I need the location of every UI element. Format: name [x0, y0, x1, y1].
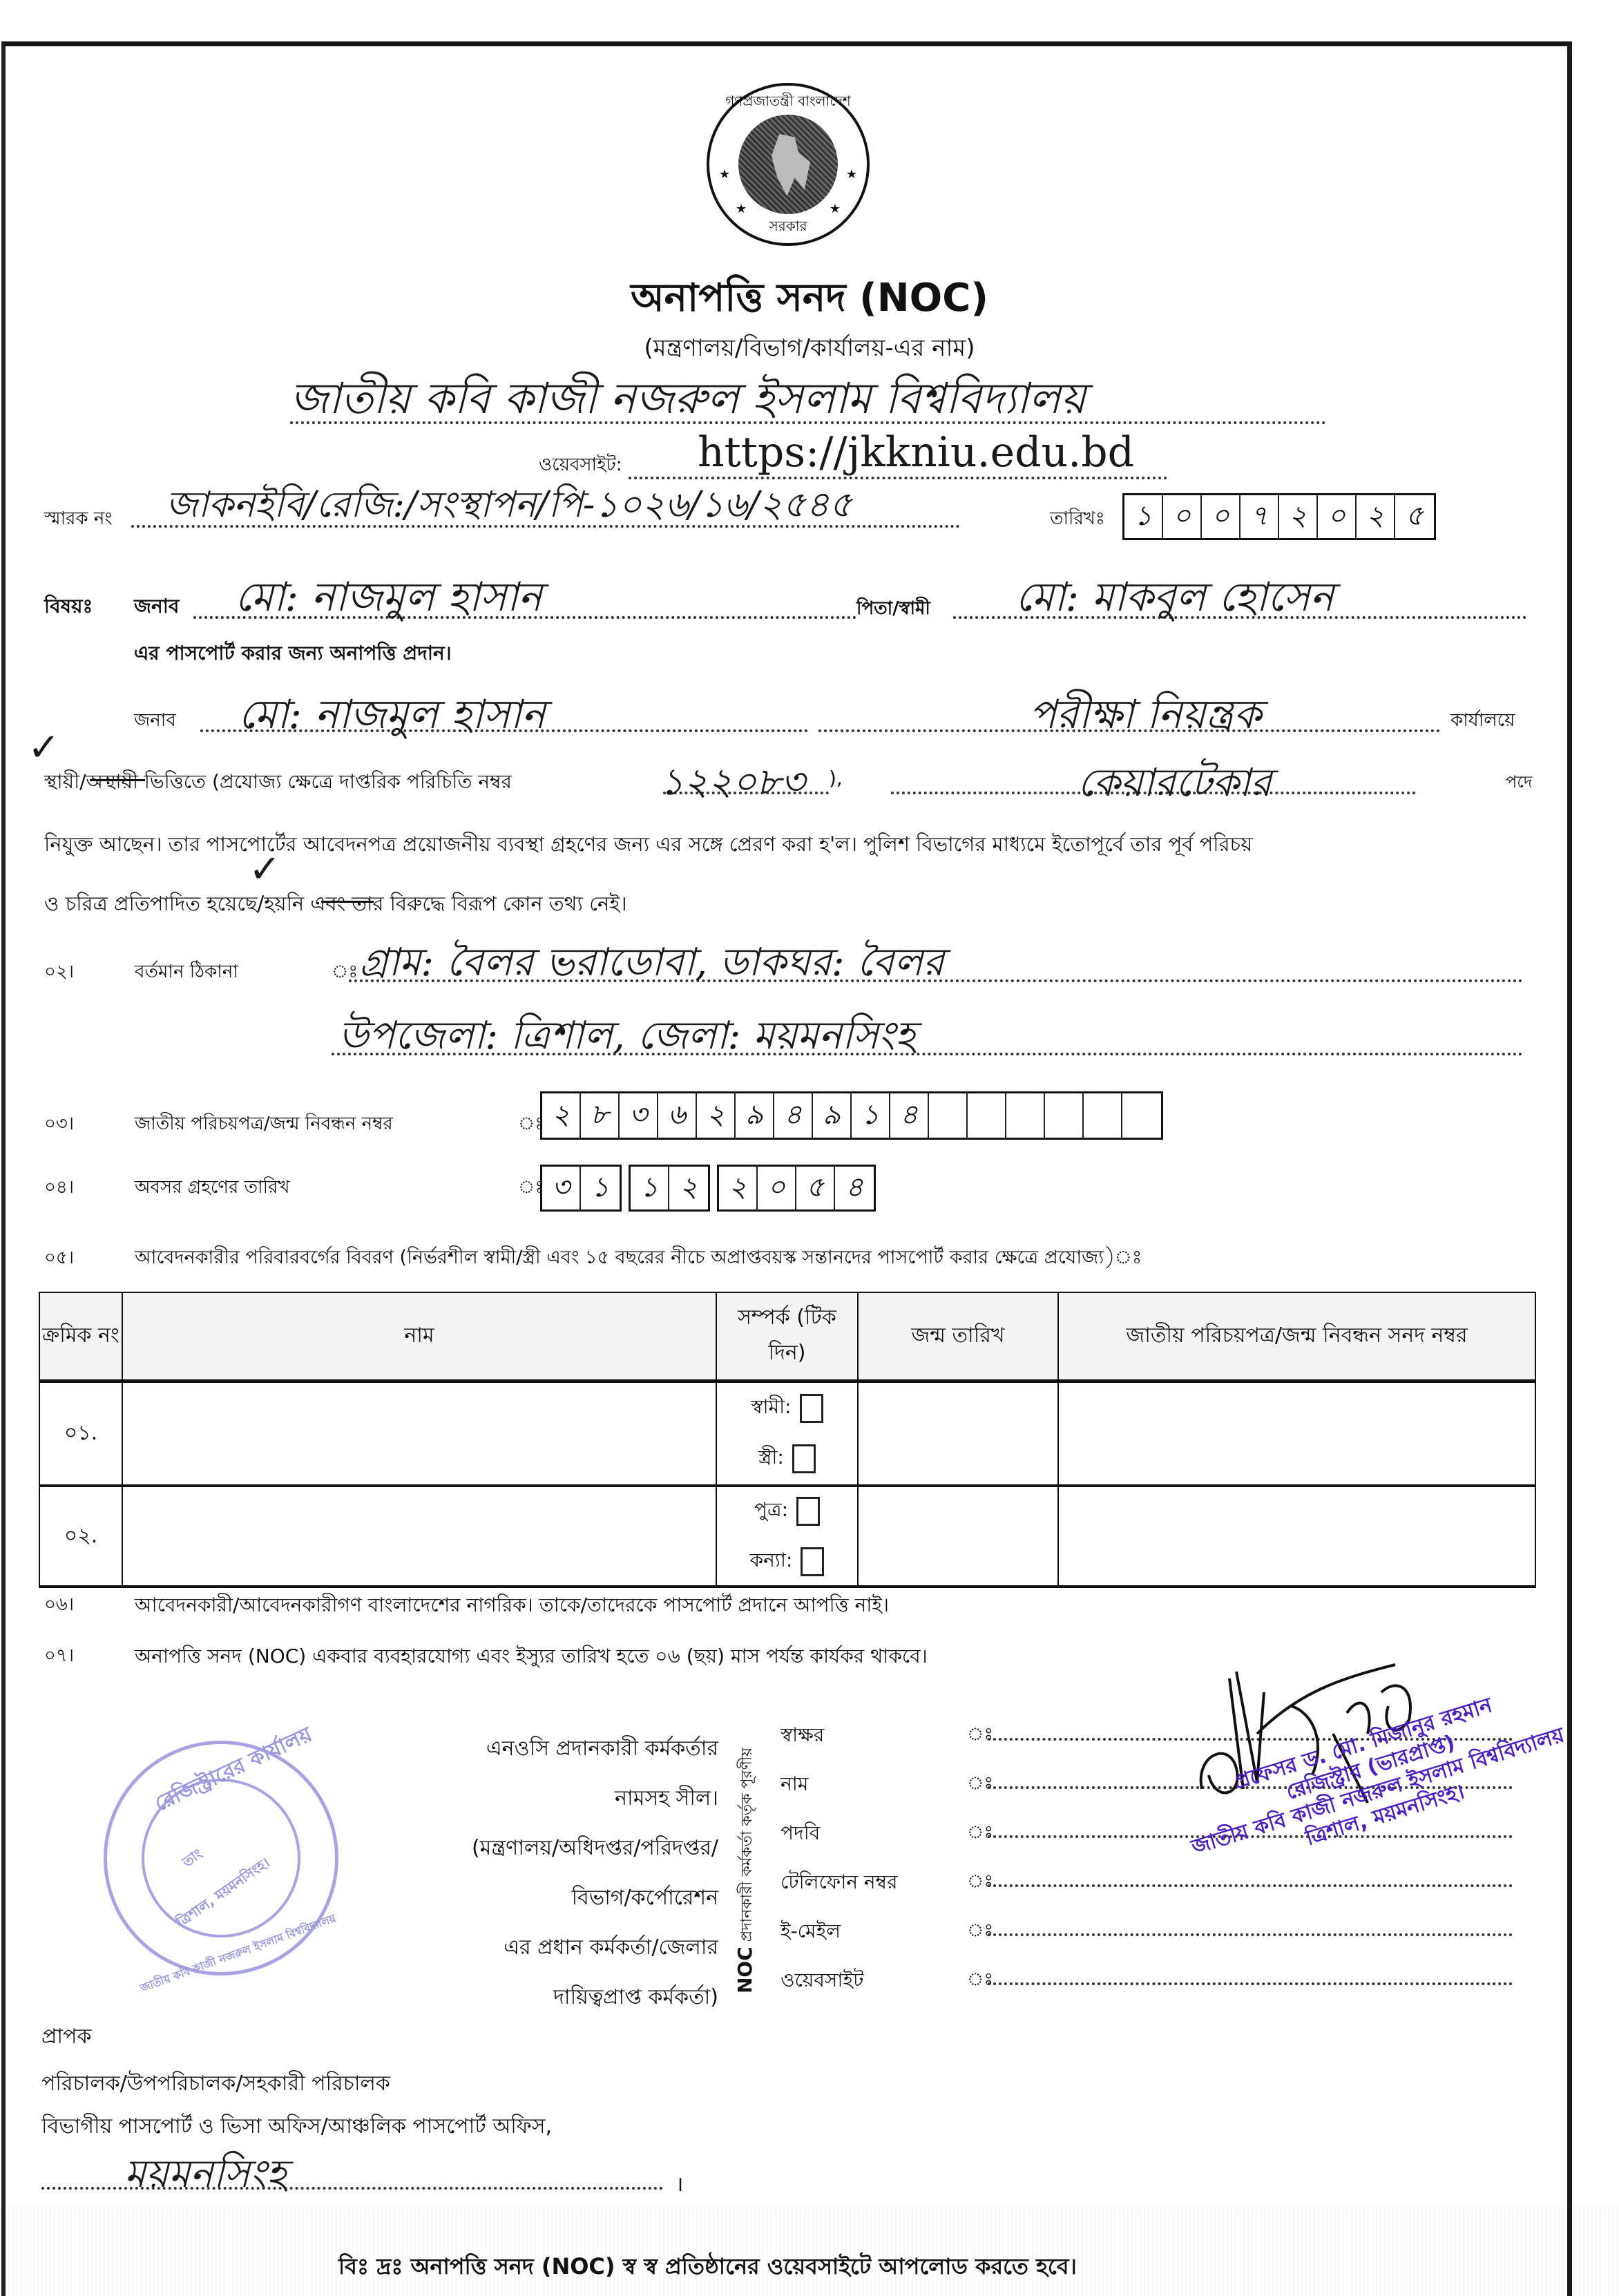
nid-boxes: ২ ৮ ৩ ৬ ২ ৯ ৪ ৯ ১ ৪: [540, 1091, 1163, 1140]
col-dob: জন্ম তারিখ: [858, 1292, 1058, 1381]
item-04-number: ০৪।: [44, 1173, 74, 1203]
vertical-label-noc: NOC: [734, 1946, 756, 1993]
relation-checkbox[interactable]: [796, 1497, 820, 1526]
relation-checkbox[interactable]: [801, 1547, 824, 1576]
phone-field[interactable]: [988, 1884, 1513, 1887]
field-designation-label: পদবি: [780, 1808, 898, 1857]
emblem-ring-bottom: সরকার: [709, 216, 867, 239]
nid-digit: ৪: [890, 1093, 929, 1138]
vertical-label-text: প্রদানকারী কর্মকর্তা কর্তৃক পূরণীয়: [738, 1748, 756, 1942]
field-email-label: ই-মেইল: [780, 1906, 898, 1955]
id-number: ১২২০৮৩: [660, 753, 805, 815]
retirement-label: অবসর গ্রহণের তারিখ: [135, 1173, 289, 1203]
date-digit: ৪: [835, 1167, 874, 1209]
family-table: ক্রমিক নং নাম সম্পর্ক (টিক দিন) জন্ম তার…: [39, 1292, 1536, 1588]
officer-line: (মন্ত্রণালয়/অধিদপ্তর/পরিদপ্তর/: [387, 1824, 718, 1873]
row-relation: পুত্র: কন্যা:: [716, 1486, 858, 1587]
body-janab-label: জনাব: [134, 706, 176, 736]
para-1: নিযুক্ত আছেন। তার পাসপোর্টের আবেদনপত্র প…: [44, 829, 1252, 863]
nid-digit: ৪: [774, 1093, 813, 1138]
star-icon: ★: [830, 202, 841, 216]
recipient-line-2: বিভাগীয় পাসপোর্ট ও ভিসা অফিস/আঞ্চলিক পা…: [41, 2110, 552, 2145]
relation-label: পুত্র:: [754, 1495, 788, 1527]
emblem-ring-top: গণপ্রজাতন্ত্রী বাংলাদেশ: [709, 91, 867, 114]
email-field[interactable]: [988, 1933, 1513, 1936]
item-07-number: ০৭।: [44, 1641, 74, 1672]
officer-line: এনওসি প্রদানকারী কর্মকর্তার: [387, 1724, 718, 1774]
date-digit: ২: [1279, 495, 1318, 538]
nid-digit: ৮: [581, 1093, 620, 1138]
father-name: মো: মাকবুল হোসেন: [1015, 566, 1334, 633]
table-row: ০২. পুত্র: কন্যা:: [39, 1486, 1535, 1587]
office-suffix: কার্যালয়ে: [1450, 706, 1515, 736]
row-relation: স্বামী: স্ত্রী:: [716, 1381, 858, 1486]
nid-digit: ২: [697, 1093, 736, 1138]
officer-line: নামসহ সীল।: [387, 1774, 718, 1824]
officer-instructions: এনওসি প্রদানকারী কর্মকর্তার নামসহ সীল। (…: [387, 1724, 718, 2022]
officer-line: এর প্রধান কর্মকর্তা/জেলার: [387, 1923, 718, 1973]
relation-label: স্ত্রী:: [758, 1442, 784, 1475]
page-subtitle: (মন্ত্রণালয়/বিভাগ/কার্যালয়-এর নাম): [0, 330, 1619, 370]
tick-mark-icon: ✓: [28, 725, 60, 770]
relation-checkbox[interactable]: [800, 1394, 823, 1423]
registrar-office-seal: রেজিস্ট্রারের কার্যালয় তাং ত্রিশাল, ময়…: [104, 1741, 338, 1975]
retirement-date-boxes: ৩ ১ ১ ২ ২ ০ ৫ ৪: [540, 1165, 876, 1212]
footer-note: বিঃ দ্রঃ অনাপত্তি সনদ (NOC) স্ব স্ব প্রত…: [338, 2249, 1077, 2286]
recipient-end: ।: [676, 2169, 683, 2197]
retirement-day: ৩ ১: [540, 1165, 622, 1212]
officer-line: বিভাগ/কর্পোরেশন: [387, 1873, 718, 1923]
subject-label: বিষয়ঃ: [44, 591, 93, 624]
memo-number: জাকনইবি/রেজি:/সংস্থাপন/পি-১০২৬/১৬/২৫৪৫: [166, 477, 852, 537]
relation-label: কন্যা:: [750, 1545, 793, 1578]
nid-digit: ২: [542, 1093, 581, 1138]
strike-through: [321, 901, 374, 903]
family-label: আবেদনকারীর পরিবারবর্গের বিবরণ (নির্ভরশীল…: [135, 1243, 1142, 1274]
recipient-label: প্রাপক: [41, 2020, 91, 2055]
website-field[interactable]: [988, 1982, 1513, 1985]
nid-digit: [968, 1093, 1006, 1138]
date-digit: ২: [719, 1167, 758, 1209]
colon: ঃ: [967, 1710, 993, 1759]
nid-digit: ৩: [620, 1093, 658, 1138]
subject-janab-label: জনাব: [134, 591, 179, 624]
officer-field-colons: ঃ ঃ ঃ ঃ ঃ ঃ: [967, 1710, 993, 2005]
tick-mark-icon: ✓: [249, 847, 281, 892]
memo-label: স্মারক নং: [44, 504, 113, 535]
address-label: বর্তমান ঠিকানা: [135, 957, 238, 988]
nid-digit: [1045, 1093, 1084, 1138]
recipient-city: ময়মনসিংহ: [124, 2144, 287, 2209]
address-value-2: উপজেলা: ত্রিশাল, জেলা: ময়মনসিংহ: [338, 1006, 915, 1071]
address-value-1: গ্রাম: বৈলর ভরাডোবা, ডাকঘর: বৈলর: [359, 932, 944, 997]
date-digit: ০: [1202, 495, 1240, 538]
date-digit: ০: [1163, 495, 1202, 538]
designation-suffix: পদে: [1506, 769, 1533, 797]
colon: ঃ: [967, 1955, 993, 2005]
date-digit: ২: [1357, 495, 1395, 538]
relation-label: স্বামী:: [751, 1392, 791, 1424]
col-nid: জাতীয় পরিচয়পত্র/জন্ম নিবন্ধন সনদ নম্বর: [1058, 1292, 1535, 1381]
star-icon: ★: [736, 202, 747, 216]
id-number-close: ),: [829, 767, 843, 790]
item-05-number: ০৫।: [44, 1243, 74, 1274]
officer-field-labels: স্বাক্ষর নাম পদবি টেলিফোন নম্বর ই-মেইল ও…: [780, 1710, 898, 2005]
item-03-number: ০৩।: [44, 1109, 74, 1140]
father-label: পিতা/স্বামী: [856, 594, 930, 624]
nid-digit: ৬: [658, 1093, 697, 1138]
date-digit: ৭: [1240, 495, 1279, 538]
date-digit: ০: [758, 1167, 796, 1209]
row-serial: ০২.: [39, 1486, 122, 1587]
star-icon: ★: [719, 167, 730, 182]
item-02-number: ০২।: [44, 957, 74, 988]
website-value: https://jkkniu.edu.bd: [698, 428, 1134, 477]
body-name: মো: নাজমুল হাসান: [238, 684, 546, 751]
nid-digit: [929, 1093, 968, 1138]
row-serial: ০১.: [39, 1381, 122, 1486]
nid-digit: ৯: [813, 1093, 852, 1138]
basis-text: স্থায়ী/অস্থায়ী ভিত্তিতে (প্রযোজ্য ক্ষে…: [44, 767, 512, 799]
nid-digit: ১: [852, 1093, 890, 1138]
retirement-year: ২ ০ ৫ ৪: [717, 1165, 876, 1212]
validity-statement: অনাপত্তি সনদ (NOC) একবার ব্যবহারযোগ্য এব…: [135, 1641, 928, 1674]
field-phone-label: টেলিফোন নম্বর: [780, 1857, 898, 1906]
nid-digit: [1006, 1093, 1045, 1138]
colon: ঃ: [967, 1759, 993, 1808]
date-digit: ৫: [796, 1167, 835, 1209]
row-nid[interactable]: [1058, 1486, 1535, 1587]
item-06-number: ০৬।: [44, 1590, 74, 1620]
col-name: নাম: [122, 1292, 716, 1381]
retirement-month: ১ ২: [629, 1165, 710, 1212]
relation-checkbox[interactable]: [792, 1444, 816, 1473]
row-dob[interactable]: [858, 1486, 1058, 1587]
citizen-statement: আবেদনকারী/আবেদনকারীগণ বাংলাদেশের নাগরিক।…: [135, 1590, 889, 1623]
row-name[interactable]: [122, 1381, 716, 1486]
star-icon: ★: [846, 167, 857, 182]
date-digit: ১: [631, 1167, 669, 1209]
row-nid[interactable]: [1058, 1381, 1535, 1486]
date-digit: ২: [669, 1167, 708, 1209]
bangladesh-map-icon: [772, 134, 810, 196]
row-dob[interactable]: [858, 1381, 1058, 1486]
colon: ঃ: [967, 1857, 993, 1906]
designation: কেয়ারটেকার: [1077, 753, 1272, 818]
date-digit: ১: [581, 1167, 620, 1209]
nid-label: জাতীয় পরিচয়পত্র/জন্ম নিবন্ধন নম্বর: [135, 1109, 393, 1140]
col-relation: সম্পর্ক (টিক দিন): [716, 1292, 858, 1381]
nid-digit: [1084, 1093, 1122, 1138]
nid-digit: [1122, 1093, 1161, 1138]
date-label: তারিখঃ: [1050, 504, 1105, 535]
nid-digit: ৯: [736, 1093, 774, 1138]
emblem-map-disc: [738, 115, 838, 214]
recipient-line-1: পরিচালক/উপপরিচালক/সহকারী পরিচালক: [41, 2067, 390, 2102]
page-title: অনাপত্তি সনদ (NOC): [0, 268, 1619, 333]
date-digit: ৩: [542, 1167, 581, 1209]
field-name-label: নাম: [780, 1759, 898, 1808]
row-name[interactable]: [122, 1486, 716, 1587]
table-row: ০১. স্বামী: স্ত্রী:: [39, 1381, 1535, 1486]
field-signature-label: স্বাক্ষর: [780, 1710, 898, 1759]
colon: ঃ: [967, 1808, 993, 1857]
date-digit: ০: [1318, 495, 1357, 538]
office-value: পরীক্ষা নিয়ন্ত্রক: [1029, 684, 1261, 751]
officer-line: দায়িত্বপ্রাপ্ত কর্মকর্তা): [387, 1973, 718, 2022]
issue-date-boxes: ১ ০ ০ ৭ ২ ০ ২ ৫: [1122, 493, 1436, 540]
field-website-label: ওয়েবসাইট: [780, 1955, 898, 2005]
government-emblem: গণপ্রজাতন্ত্রী বাংলাদেশ ★ ★ ★ ★ সরকার: [707, 83, 870, 246]
date-digit: ১: [1124, 495, 1163, 538]
para-2: ও চরিত্র প্রতিপাদিত হয়েছে/হয়নি এবং তার…: [44, 888, 627, 922]
col-serial: ক্রমিক নং: [39, 1292, 122, 1381]
date-digit: ৫: [1395, 495, 1434, 538]
address-colon: ঃ: [332, 957, 358, 988]
colon: ঃ: [967, 1906, 993, 1955]
vertical-label: NOC প্রদানকারী কর্মকর্তা কর্তৃক পূরণীয়: [734, 1717, 761, 1993]
subject-line-2: এর পাসপোর্ট করার জন্য অনাপত্তি প্রদান।: [134, 638, 452, 671]
strike-through: [90, 779, 145, 781]
applicant-name: মো: নাজমুল হাসান: [235, 566, 542, 633]
office-name: জাতীয় কবি কাজী নজরুল ইসলাম বিশ্ববিদ্যাল…: [290, 366, 1086, 437]
